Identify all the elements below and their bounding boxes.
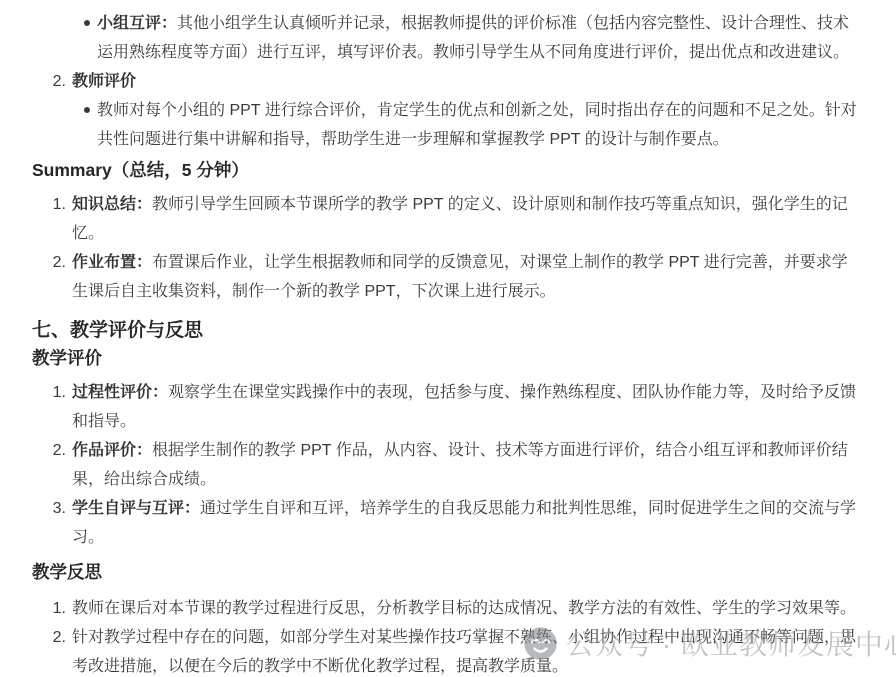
item-number: 2. — [32, 67, 66, 96]
teacher-evaluation-detail-text: 教师对每个小组的 PPT 进行综合评价，肯定学生的优点和创新之处，同时指出存在的… — [97, 102, 857, 148]
list-item-teacher-evaluation: 2. 教师评价 — [32, 67, 862, 96]
item-number: 1. — [32, 190, 66, 219]
item-number: 2. — [32, 436, 66, 465]
bullet-dot-icon — [84, 107, 90, 113]
reflection-text-1: 教师在课后对本节课的教学过程进行反思，分析教学目标的达成情况、教学方法的有效性、… — [72, 600, 856, 617]
bullet-dot-icon — [84, 20, 90, 26]
knowledge-summary-label: 知识总结： — [72, 196, 152, 213]
reflection-text-2: 针对教学过程中存在的问题，如部分学生对某些操作技巧掌握不熟练、小组协作过程中出现… — [72, 629, 856, 675]
summary-item-homework: 2. 作业布置：布置课后作业，让学生根据教师和同学的反馈意见，对课堂上制作的教学… — [32, 248, 862, 306]
bullet-item-peer-review: 小组互评：其他小组学生认真倾听并记录，根据教师提供的评价标准（包括内容完整性、设… — [32, 9, 862, 67]
work-evaluation-label: 作品评价： — [72, 442, 152, 459]
document-page: 小组互评：其他小组学生认真倾听并记录，根据教师提供的评价标准（包括内容完整性、设… — [0, 0, 896, 677]
item-number: 2. — [32, 248, 66, 277]
heading-teaching-reflection: 教学反思 — [32, 560, 862, 584]
peer-review-label: 小组互评： — [97, 15, 177, 32]
evaluation-item-work: 2. 作品评价：根据学生制作的教学 PPT 作品，从内容、设计、技术等方面进行评… — [32, 436, 862, 494]
evaluation-item-self-peer: 3. 学生自评与互评：通过学生自评和互评，培养学生的自我反思能力和批判性思维，同… — [32, 494, 862, 552]
summary-item-knowledge: 1. 知识总结：教师引导学生回顾本节课所学的教学 PPT 的定义、设计原则和制作… — [32, 190, 862, 248]
teacher-evaluation-label: 教师评价 — [72, 73, 136, 90]
process-evaluation-label: 过程性评价： — [72, 384, 168, 401]
bullet-item-teacher-evaluation-detail: 教师对每个小组的 PPT 进行综合评价，肯定学生的优点和创新之处，同时指出存在的… — [32, 96, 862, 154]
knowledge-summary-text: 教师引导学生回顾本节课所学的教学 PPT 的定义、设计原则和制作技巧等重点知识，… — [72, 196, 848, 242]
process-evaluation-text: 观察学生在课堂实践操作中的表现，包括参与度、操作熟练程度、团队协作能力等，及时给… — [72, 384, 856, 430]
peer-review-text: 其他小组学生认真倾听并记录，根据教师提供的评价标准（包括内容完整性、设计合理性、… — [97, 15, 849, 61]
work-evaluation-text: 根据学生制作的教学 PPT 作品，从内容、设计、技术等方面进行评价，结合小组互评… — [72, 442, 848, 488]
heading-section-seven: 七、教学评价与反思 — [32, 318, 862, 344]
item-number: 2. — [32, 623, 66, 652]
evaluation-item-process: 1. 过程性评价：观察学生在课堂实践操作中的表现，包括参与度、操作熟练程度、团队… — [32, 378, 862, 436]
item-number: 3. — [32, 494, 66, 523]
article-body: 小组互评：其他小组学生认真倾听并记录，根据教师提供的评价标准（包括内容完整性、设… — [0, 0, 896, 677]
item-number: 1. — [32, 594, 66, 623]
item-number: 1. — [32, 378, 66, 407]
homework-label: 作业布置： — [72, 254, 152, 271]
reflection-item-2: 2. 针对教学过程中存在的问题，如部分学生对某些操作技巧掌握不熟练、小组协作过程… — [32, 623, 862, 677]
heading-summary: Summary（总结，5 分钟） — [32, 158, 862, 182]
self-peer-evaluation-label: 学生自评与互评： — [72, 500, 200, 517]
heading-teaching-evaluation: 教学评价 — [32, 346, 862, 370]
homework-text: 布置课后作业，让学生根据教师和同学的反馈意见，对课堂上制作的教学 PPT 进行完… — [72, 254, 848, 300]
reflection-item-1: 1. 教师在课后对本节课的教学过程进行反思，分析教学目标的达成情况、教学方法的有… — [32, 594, 862, 623]
